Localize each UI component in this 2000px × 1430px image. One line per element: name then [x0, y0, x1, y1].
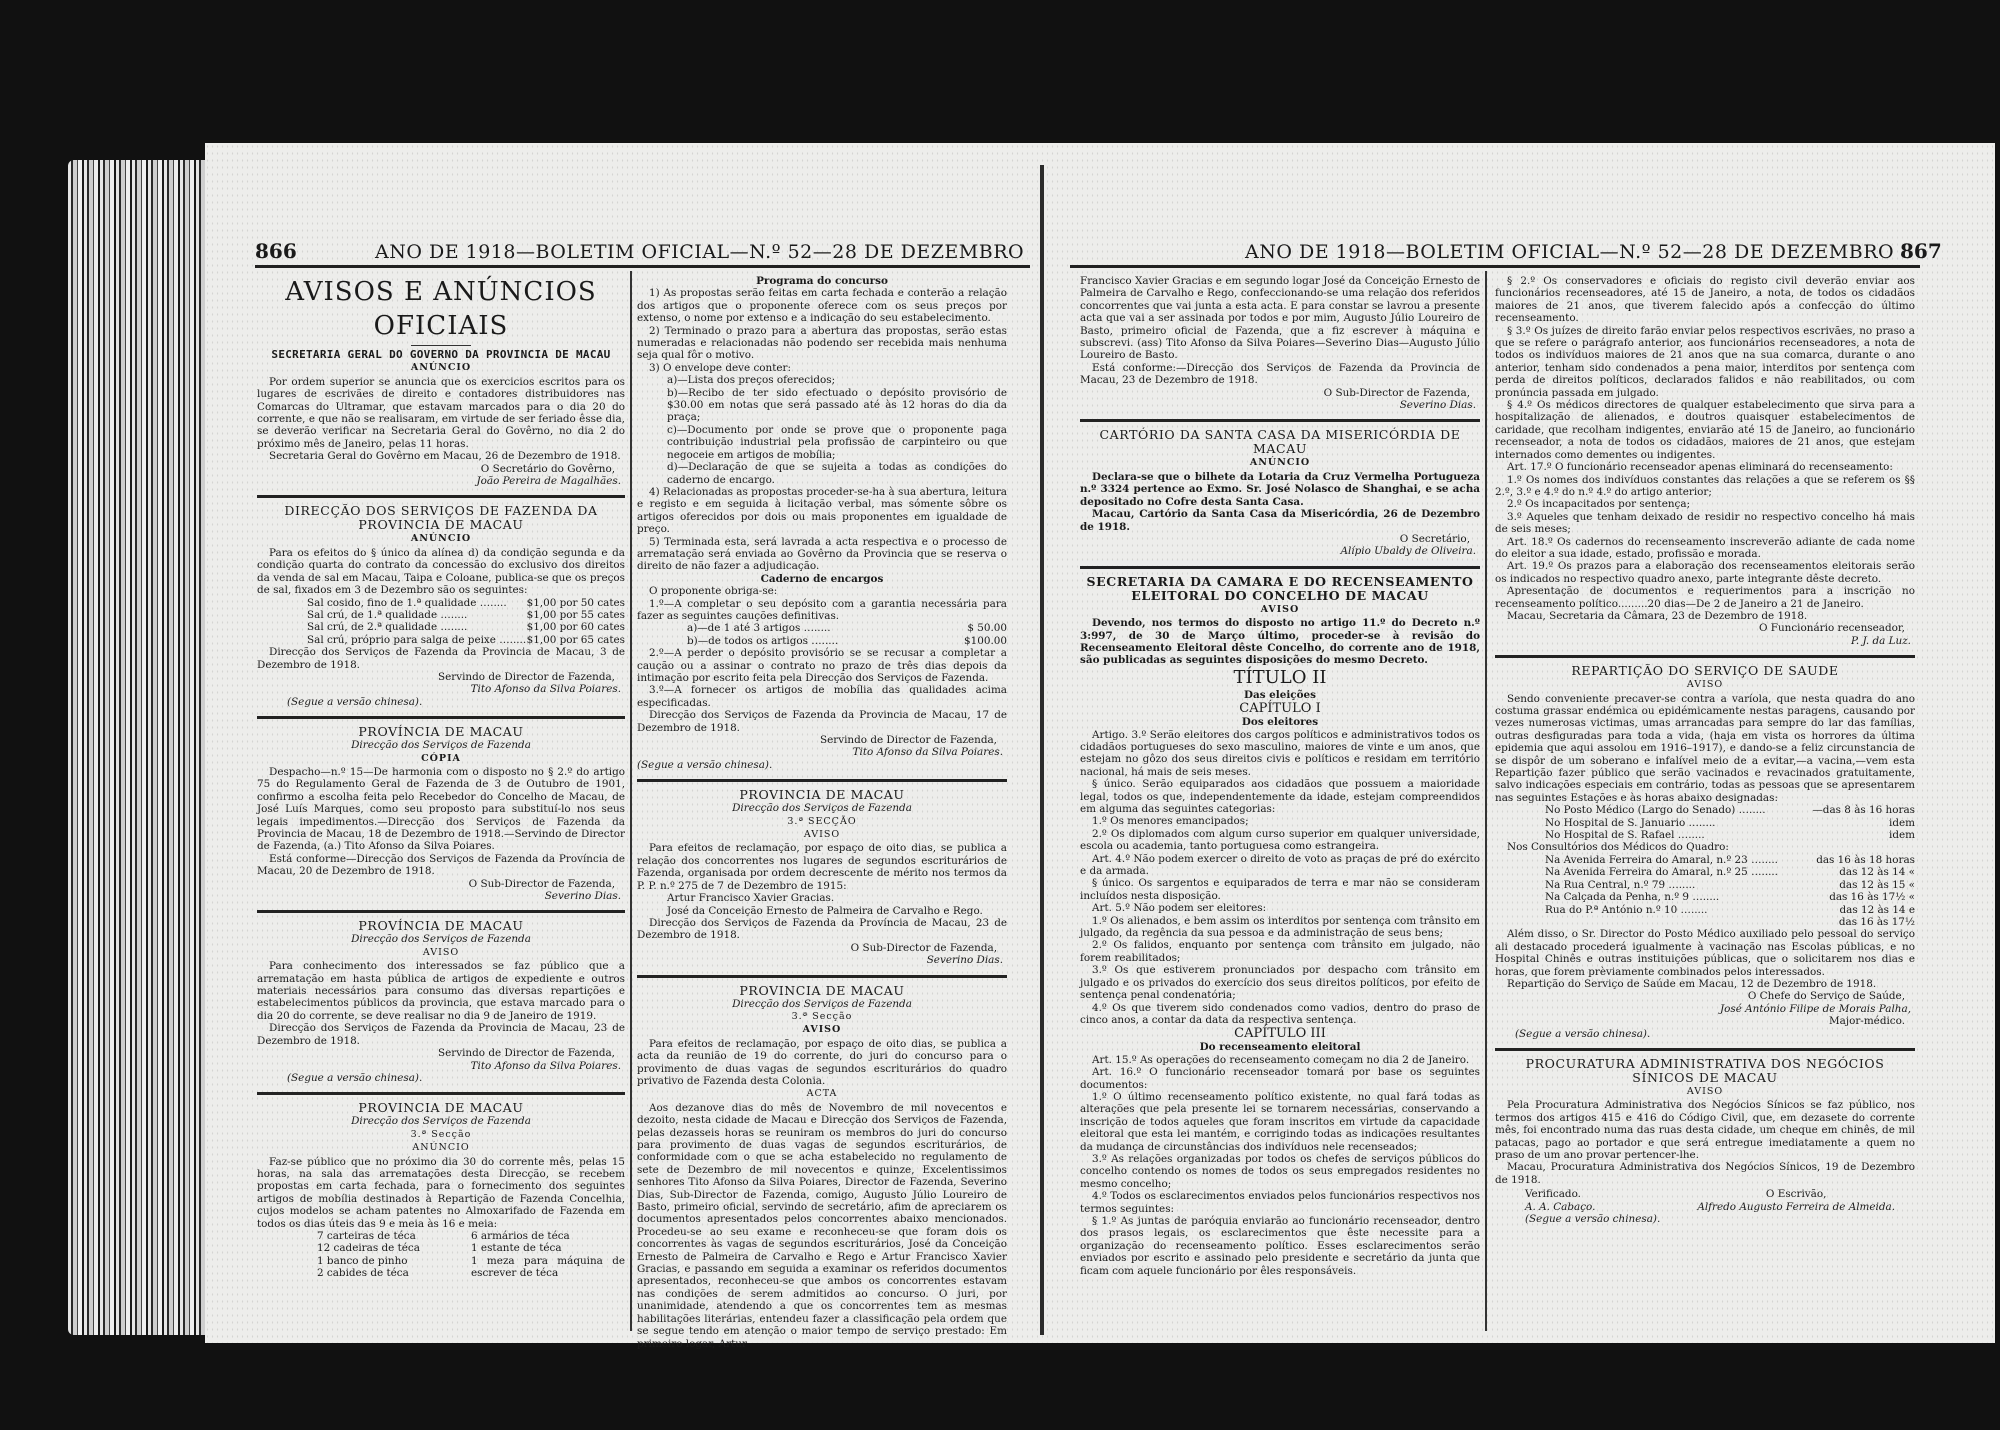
- notice-type: ANÚNCIO: [257, 533, 625, 545]
- paragraph: Art. 19.º Os prazos para a elaboração do…: [1495, 560, 1915, 585]
- row-label: Na Calçada da Penha, n.º 9 ….....: [1545, 891, 1829, 903]
- book-page-edges: [68, 160, 208, 1335]
- row-value: $1,00 por 55 cates: [527, 609, 625, 621]
- notice-heading: PROVINCIA DE MACAU: [637, 788, 1007, 802]
- notice-type: AVISO: [637, 829, 1007, 841]
- list-row: Na Rua Central, n.º 79 ….....das 12 às 1…: [1495, 879, 1915, 891]
- caderno-item: 2.º—A perder o depósito provisório se se…: [637, 647, 1007, 684]
- acta-label: ACTA: [637, 1088, 1007, 1100]
- row-label: Na Avenida Ferreira do Amaral, n.º 23 ….…: [1545, 854, 1816, 866]
- row-value: idem: [1889, 829, 1915, 841]
- page-866: 866 ANO DE 1918—BOLETIM OFICIAL—N.º 52—2…: [205, 143, 1040, 1343]
- row-label: [1545, 916, 1839, 928]
- notice-subheading: Direcção dos Serviços de Fazenda: [257, 933, 625, 945]
- row-value: das 16 às 17½: [1839, 916, 1915, 928]
- chinese-version-note: (Segue a versão chinesa).: [1495, 1028, 1915, 1040]
- list-row: Sal crú, de 1.ª qualidade ….....$1,00 po…: [257, 609, 625, 621]
- furniture-item: 1 meza para máquina de escrever de téca: [471, 1255, 625, 1280]
- bulletin-spread: 866 ANO DE 1918—BOLETIM OFICIAL—N.º 52—2…: [205, 143, 1995, 1343]
- section-title: AVISOS E ANÚNCIOS OFICIAIS: [257, 275, 625, 343]
- candidate-list: Artur Francisco Xavier Gracias.José da C…: [637, 892, 1007, 917]
- paragraph: 1.º Os alienados, e bem assim os interdi…: [1080, 915, 1480, 940]
- notice-subheading: Direcção dos Serviços de Fazenda: [257, 739, 625, 751]
- paragraph: 1.º Os menores emancipados;: [1080, 815, 1480, 827]
- row-value: $1,00 por 65 cates: [527, 634, 625, 646]
- signature-name: Severino Dias.: [257, 890, 625, 902]
- paragraph: 3) O envelope deve conter:: [637, 362, 1007, 374]
- place-date: Macau, Procuratura Administrativa dos Ne…: [1495, 1161, 1915, 1186]
- consultorios-list: Na Avenida Ferreira do Amaral, n.º 23 ….…: [1495, 854, 1915, 928]
- row-value: $1,00 por 60 cates: [527, 621, 625, 633]
- notice-subheading: Direcção dos Serviços de Fazenda: [257, 1115, 625, 1127]
- signature-title: O Sub-Director de Fazenda,: [257, 878, 625, 890]
- paragraph: 3.º Os que estiverem pronunciados por de…: [1080, 964, 1480, 1001]
- paragraph: Art. 4.º Não podem exercer o direito de …: [1080, 853, 1480, 878]
- notice-body: Para os efeitos do § único da alínea d) …: [257, 547, 625, 597]
- paragraph: § 4.º Os médicos directores de qualquer …: [1495, 399, 1915, 461]
- row-label: a)—de 1 até 3 artigos ….....: [687, 622, 967, 634]
- list-row: No Hospital de S. Rafael ….....idem: [1495, 829, 1915, 841]
- notice-body: Para efeitos de reclamação, por espaço d…: [637, 842, 1007, 892]
- signature-name: Alfredo Augusto Ferreira de Almeida.: [1697, 1201, 1895, 1213]
- paragraph: 2.º Os incapacitados por sentença;: [1495, 498, 1915, 510]
- signature-title: O Chefe do Serviço de Saúde,: [1495, 990, 1915, 1002]
- notice-body: Por ordem superior se anuncia que os exe…: [257, 376, 625, 450]
- list-row: Na Calçada da Penha, n.º 9 ….....das 16 …: [1495, 891, 1915, 903]
- signature-title: O Sub-Director de Fazenda,: [637, 942, 1007, 954]
- paragraph: 4.º Todos os esclarecimentos enviados pe…: [1080, 1190, 1480, 1215]
- row-label: No Posto Médico (Largo do Senado) ….....: [1545, 804, 1812, 816]
- envelope-item: d)—Declaração de que se sujeita a todas …: [667, 461, 1007, 486]
- chinese-version-note: (Segue a versão chinesa).: [257, 1072, 625, 1084]
- place-date: Macau, Cartório da Santa Casa da Miseric…: [1080, 508, 1480, 533]
- paragraph: Art. 17.º O funcionário recenseador apen…: [1495, 461, 1915, 473]
- candidate-name: José da Conceição Ernesto de Palmeira de…: [667, 905, 1007, 917]
- chinese-version-note: (Segue a versão chinesa).: [1525, 1213, 1660, 1225]
- place-date: Macau, Secretaria da Câmara, 23 de Dezem…: [1495, 610, 1915, 622]
- chinese-version-note: (Segue a versão chinesa).: [257, 696, 625, 708]
- paragraph: 4) Relacionadas as propostas proceder-se…: [637, 486, 1007, 536]
- paragraph: 5) Terminada esta, será lavrada a acta r…: [637, 536, 1007, 573]
- notice-type: AVISO: [1080, 604, 1480, 616]
- notice-type: ANÚNCIO: [1080, 457, 1480, 469]
- notice-section: 3.ª Secção: [257, 1129, 625, 1141]
- signature-title: Servindo de Director de Fazenda,: [257, 671, 625, 683]
- chapter-subheading: Do recenseamento eleitoral: [1080, 1041, 1480, 1053]
- right-column-1: Francisco Xavier Gracias e em segundo lo…: [1080, 275, 1480, 1277]
- paragraph: § único. Os sargentos e equiparados de t…: [1080, 877, 1480, 902]
- left-column-1: AVISOS E ANÚNCIOS OFICIAIS SECRETARIA GE…: [257, 275, 625, 1280]
- signature-name: Severino Dias.: [637, 954, 1007, 966]
- notice-subheading: Direcção dos Serviços de Fazenda: [637, 802, 1007, 814]
- signature-name: Tito Afonso da Silva Poiares.: [257, 1060, 625, 1072]
- signature-title: O Escrivão,: [1697, 1188, 1895, 1200]
- list-row: Rua do P.ª António n.º 10 ….....das 12 à…: [1495, 904, 1915, 916]
- paragraph: 3.º Aqueles que tenham deixado de residi…: [1495, 511, 1915, 536]
- paragraph: 2) Terminado o prazo para a abertura das…: [637, 325, 1007, 362]
- envelope-item: b)—Recibo de ter sido efectuado o depósi…: [667, 387, 1007, 424]
- place-date: Repartição do Serviço de Saúde em Macau,…: [1495, 978, 1915, 990]
- row-label: Sal crú, próprio para salga de peixe …..…: [307, 634, 527, 646]
- notice-heading: REPARTIÇÃO DO SERVIÇO DE SAUDE: [1495, 664, 1915, 678]
- vaccination-stations: No Posto Médico (Largo do Senado) ….....…: [1495, 804, 1915, 841]
- running-head: ANO DE 1918—BOLETIM OFICIAL—N.º 52—28 DE…: [375, 241, 1024, 263]
- list-row: b)—de todos os artigos ….....$100.00: [637, 635, 1007, 647]
- notice-section: 3.ª Secção: [637, 1011, 1007, 1023]
- chapter-subheading: Dos eleitores: [1080, 716, 1480, 728]
- notice-heading: CARTÓRIO DA SANTA CASA DA MISERICÓRDIA D…: [1080, 428, 1480, 456]
- paragraph: § 3.º Os juízes de direito farão enviar …: [1495, 325, 1915, 399]
- place-date: Secretaria Geral do Govêrno em Macau, 26…: [257, 450, 625, 462]
- caderno-item: 3.º—A fornecer os artigos de mobília das…: [637, 684, 1007, 709]
- list-row: Na Avenida Ferreira do Amaral, n.º 25 ….…: [1495, 866, 1915, 878]
- acta-body: Aos dezanove dias do mês de Novembro de …: [637, 1102, 1007, 1350]
- chapter-heading: CAPÍTULO III: [1080, 1026, 1480, 1041]
- notice-body: Devendo, nos termos do disposto no artig…: [1080, 617, 1480, 667]
- signature-title: Servindo de Director de Fazenda,: [637, 734, 1007, 746]
- signature-name: Tito Afonso da Silva Poiares.: [637, 746, 1007, 758]
- furniture-item: 12 cadeiras de téca: [317, 1242, 471, 1254]
- notice-body: Despacho—n.º 15—De harmonia com o dispos…: [257, 766, 625, 853]
- row-value: $ 50.00: [967, 622, 1007, 634]
- list-row: Sal crú, próprio para salga de peixe …..…: [257, 634, 625, 646]
- chinese-version-note: (Segue a versão chinesa).: [637, 759, 1007, 771]
- notice-type: CÓPIA: [257, 753, 625, 765]
- signature-name: Severino Dias.: [1080, 399, 1480, 411]
- notice-type: AVISO: [257, 947, 625, 959]
- notice-body: Sendo conveniente precaver-se contra a v…: [1495, 693, 1915, 805]
- caderno-intro: O proponente obriga-se:: [637, 585, 1007, 597]
- paragraph: 2.º Os diplomados com algum curso superi…: [1080, 828, 1480, 853]
- verified-name: A. A. Cabaço.: [1525, 1201, 1660, 1213]
- furniture-item: 1 estante de téca: [471, 1242, 625, 1254]
- place-date: Direcção dos Serviços de Fazenda da Prov…: [637, 709, 1007, 734]
- left-column-2: Programa do concurso 1) As propostas ser…: [637, 275, 1007, 1350]
- list-row: das 16 às 17½: [1495, 916, 1915, 928]
- row-label: Na Rua Central, n.º 79 ….....: [1545, 879, 1839, 891]
- envelope-items: a)—Lista dos preços oferecidos;b)—Recibo…: [637, 374, 1007, 486]
- acta-continued: Francisco Xavier Gracias e em segundo lo…: [1080, 275, 1480, 362]
- titulo-heading: TÍTULO II: [1080, 667, 1480, 689]
- row-label: Rua do P.ª António n.º 10 ….....: [1545, 904, 1839, 916]
- notice-type: ANÚNCIO: [257, 1142, 625, 1154]
- paragraph: 2.º Os falidos, enquanto por sentença co…: [1080, 939, 1480, 964]
- notice-heading: PROVÍNCIA DE MACAU: [257, 725, 625, 739]
- paragraph: Art. 15.º As operações do recenseamento …: [1080, 1054, 1480, 1066]
- right-column-2: § 2.º Os conservadores e oficiais do reg…: [1495, 275, 1915, 1225]
- signature-title: O Sub-Director de Fazenda,: [1080, 387, 1480, 399]
- caderno-item: 1.º—A completar o seu depósito com a gar…: [637, 598, 1007, 623]
- salt-price-list: Sal cosido, fino de 1.ª qualidade ….....…: [257, 597, 625, 647]
- candidate-name: Artur Francisco Xavier Gracias.: [667, 892, 1007, 904]
- notice-type: AVISO: [1495, 1086, 1915, 1098]
- signature-name: P. J. da Luz.: [1495, 635, 1915, 647]
- signature-title: O Secretário do Govêrno,: [257, 463, 625, 475]
- page-number: 866: [255, 239, 297, 263]
- notice-body: Para efeitos de reclamação, por espaço d…: [637, 1038, 1007, 1088]
- chapter-heading: CAPÍTULO I: [1080, 701, 1480, 716]
- paragraph: § único. Serão equiparados aos cidadãos …: [1080, 778, 1480, 815]
- paragraph: § 2.º Os conservadores e oficiais do reg…: [1495, 275, 1915, 325]
- furniture-item: 1 banco de pinho: [317, 1255, 471, 1267]
- page-867: ANO DE 1918—BOLETIM OFICIAL—N.º 52—28 DE…: [1045, 143, 1995, 1343]
- paragraph: Art. 18.º Os cadernos do recenseamento i…: [1495, 536, 1915, 561]
- place-date: Direcção dos Serviços de Fazenda da Prov…: [257, 1022, 625, 1047]
- signature-name: Tito Afonso da Silva Poiares.: [257, 683, 625, 695]
- row-label: No Hospital de S. Rafael ….....: [1545, 829, 1889, 841]
- list-row: No Posto Médico (Largo do Senado) ….....…: [1495, 804, 1915, 816]
- list-row: a)—de 1 até 3 artigos ….....$ 50.00: [637, 622, 1007, 634]
- notice-heading: SECRETARIA DA CAMARA E DO RECENSEAMENTO …: [1080, 575, 1480, 603]
- furniture-item: 2 cabides de téca: [317, 1267, 471, 1279]
- furniture-list: 7 carteiras de téca12 cadeiras de téca1 …: [257, 1230, 625, 1280]
- notice-body: Faz-se público que no próximo dia 30 do …: [257, 1156, 625, 1230]
- row-value: das 12 às 15 «: [1839, 879, 1915, 891]
- paragraph: Art. 16.º O funcionário recenseador toma…: [1080, 1066, 1480, 1091]
- paragraph: Apresentação de documentos e requeriment…: [1495, 585, 1915, 610]
- row-value: $1,00 por 50 cates: [527, 597, 625, 609]
- programa-title: Programa do concurso: [637, 275, 1007, 287]
- furniture-item: 7 carteiras de téca: [317, 1230, 471, 1242]
- signature-title: O Funcionário recenseador,: [1495, 622, 1915, 634]
- place-date: Direcção dos Serviços de Fazenda da Prov…: [257, 646, 625, 671]
- titulo-subheading: Das eleições: [1080, 689, 1480, 701]
- row-value: das 16 às 17½ «: [1829, 891, 1915, 903]
- consult-label: Nos Consultórios dos Médicos do Quadro:: [1495, 841, 1915, 853]
- notice-type: ANÚNCIO: [257, 362, 625, 374]
- envelope-item: c)—Documento por onde se prove que o pro…: [667, 424, 1007, 461]
- programa-more: 4) Relacionadas as propostas proceder-se…: [637, 486, 1007, 573]
- caderno-title: Caderno de encargos: [637, 573, 1007, 585]
- envelope-item: a)—Lista dos preços oferecidos;: [667, 374, 1007, 386]
- signature-name: José António Filipe de Morais Palha,: [1495, 1003, 1915, 1015]
- notice-section: 3.ª SECÇÃO: [637, 816, 1007, 828]
- notice-body: Para conhecimento dos interessados se fa…: [257, 960, 625, 1022]
- row-label: Sal crú, de 2.ª qualidade ….....: [307, 621, 527, 633]
- notice-type: AVISO: [1495, 679, 1915, 691]
- page-number: 867: [1900, 239, 1942, 263]
- conformity-statement: Está conforme:—Direcção dos Serviços de …: [1080, 362, 1480, 387]
- notice-heading: DIRECÇÃO DOS SERVIÇOS DE FAZENDA DA PROV…: [257, 504, 625, 532]
- paragraph: § 1.º As juntas de paróquia enviarão ao …: [1080, 1215, 1480, 1277]
- row-label: No Hospital de S. Januario ….....: [1545, 817, 1889, 829]
- row-value: —das 8 às 16 horas: [1812, 804, 1915, 816]
- decree-articles: Art. 15.º As operações do recenseamento …: [1080, 1054, 1480, 1277]
- notice-heading: PROVÍNCIA DE MACAU: [257, 919, 625, 933]
- list-row: Na Avenida Ferreira do Amaral, n.º 23 ….…: [1495, 854, 1915, 866]
- row-value: $100.00: [964, 635, 1007, 647]
- row-value: das 16 às 18 horas: [1816, 854, 1915, 866]
- row-value: das 12 às 14 «: [1839, 866, 1915, 878]
- paragraph: 4.º Os que tiverem sido condenados como …: [1080, 1002, 1480, 1027]
- verified-label: Verificado.: [1525, 1188, 1660, 1200]
- row-label: b)—de todos os artigos ….....: [687, 635, 964, 647]
- paragraph: Artigo. 3.º Serão eleitores dos cargos p…: [1080, 729, 1480, 779]
- notice-body: Pela Procuratura Administrativa dos Negó…: [1495, 1099, 1915, 1161]
- paragraph: Art. 5.º Não podem ser eleitores:: [1080, 902, 1480, 914]
- notice-body: Declara-se que o bilhete da Lotaria da C…: [1080, 471, 1480, 508]
- notice-type: AVISO: [637, 1024, 1007, 1036]
- list-row: Sal cosido, fino de 1.ª qualidade ….....…: [257, 597, 625, 609]
- list-row: No Hospital de S. Januario ….....idem: [1495, 817, 1915, 829]
- decree-articles: Artigo. 3.º Serão eleitores dos cargos p…: [1080, 729, 1480, 1027]
- page-gutter: [1040, 165, 1044, 1335]
- caucoes-list: a)—de 1 até 3 artigos ….....$ 50.00b)—de…: [637, 622, 1007, 647]
- notice-heading: PROVINCIA DE MACAU: [637, 984, 1007, 998]
- row-label: Sal cosido, fino de 1.ª qualidade ….....: [307, 597, 527, 609]
- signature-name: João Pereira de Magalhães.: [257, 475, 625, 487]
- paragraph: 1.º Os nomes dos indivíduos constantes d…: [1495, 474, 1915, 499]
- running-head: ANO DE 1918—BOLETIM OFICIAL—N.º 52—28 DE…: [1245, 241, 1894, 263]
- list-row: Sal crú, de 2.ª qualidade ….....$1,00 po…: [257, 621, 625, 633]
- notice-body: Além disso, o Sr. Director do Posto Médi…: [1495, 928, 1915, 978]
- notice-heading: PROVINCIA DE MACAU: [257, 1101, 625, 1115]
- notice-subheading: Direcção dos Serviços de Fazenda: [637, 998, 1007, 1010]
- conformity-statement: Está conforme—Direcção dos Serviços de F…: [257, 853, 625, 878]
- notice-heading: PROCURATURA ADMINISTRATIVA DOS NEGÓCIOS …: [1495, 1057, 1915, 1085]
- notice-heading: SECRETARIA GERAL DO GOVERNO DA PROVINCIA…: [257, 349, 625, 361]
- paragraph: 3.º As relações organizadas por todos os…: [1080, 1153, 1480, 1190]
- paragraph: 1) As propostas serão feitas em carta fe…: [637, 287, 1007, 324]
- furniture-item: 6 armários de téca: [471, 1230, 625, 1242]
- signature-rank: Major-médico.: [1495, 1015, 1915, 1027]
- row-value: idem: [1889, 817, 1915, 829]
- signature-title: O Secretário,: [1080, 533, 1480, 545]
- paragraph: 1.º O último recenseamento político exis…: [1080, 1091, 1480, 1153]
- row-label: Sal crú, de 1.ª qualidade ….....: [307, 609, 527, 621]
- place-date: Direcção dos Serviços de Fazenda da Prov…: [637, 917, 1007, 942]
- signature-title: Servindo de Director de Fazenda,: [257, 1047, 625, 1059]
- programa-list: 1) As propostas serão feitas em carta fe…: [637, 287, 1007, 374]
- row-value: das 12 às 14 e: [1839, 904, 1915, 916]
- row-label: Na Avenida Ferreira do Amaral, n.º 25 ….…: [1545, 866, 1839, 878]
- signature-name: Alípio Ubaldy de Oliveira.: [1080, 545, 1480, 557]
- decree-articles-cont: § 2.º Os conservadores e oficiais do reg…: [1495, 275, 1915, 610]
